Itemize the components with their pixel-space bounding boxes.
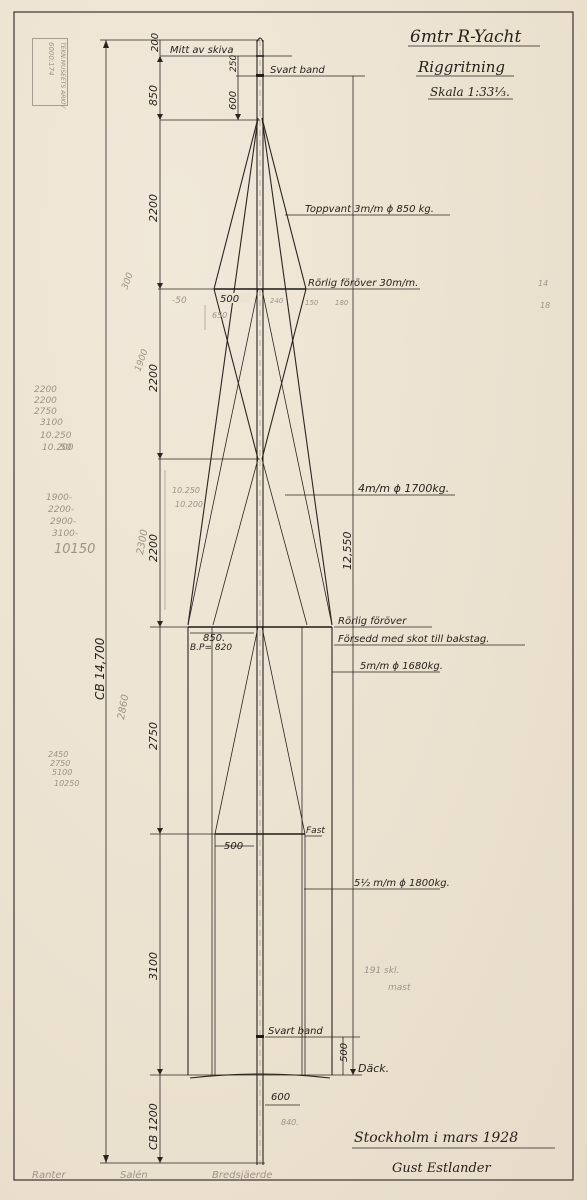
svg-text:1900-: 1900-	[46, 493, 72, 503]
drawing-subtitle: Riggritning	[417, 58, 505, 76]
label-dack: Däck.	[358, 1062, 389, 1075]
label-svart-band-top: Svart band	[270, 65, 325, 76]
svg-text:2750: 2750	[50, 759, 70, 768]
svg-text:10150: 10150	[54, 542, 95, 557]
svg-text:2200: 2200	[34, 396, 57, 406]
svg-text:2900-: 2900-	[50, 517, 76, 527]
svg-text:3100-: 3100-	[52, 529, 78, 539]
drawing-title: 6mtr R-Yacht	[410, 27, 521, 47]
svg-text:B.P= 820: B.P= 820	[190, 643, 232, 653]
label-rorlig-forover-1: Rörlig föröver 30m/m.	[308, 278, 418, 289]
svg-text:CB 1200: CB 1200	[147, 1103, 160, 1150]
label-mitt-av-skiva: Mitt av skiva	[170, 45, 233, 56]
drawing-border	[14, 12, 573, 1180]
svg-text:2750: 2750	[147, 722, 160, 750]
rigging-drawing-sheet: TEKN.MUSEETS ARKIV 6000:174 6mtr R-Yacht…	[0, 0, 587, 1200]
svg-text:Ranter: Ranter	[32, 1170, 66, 1181]
svg-text:Bredsjäerde: Bredsjäerde	[212, 1170, 272, 1181]
black-band-top	[256, 74, 264, 77]
svg-text:50: 50	[60, 443, 72, 453]
rigging-annotations: Toppvant 3m/m ϕ 850 kg. Rörlig föröver 3…	[268, 204, 525, 1075]
svg-text:850: 850	[147, 85, 160, 106]
svg-text:840.: 840.	[281, 1118, 299, 1127]
rig-diagram: TEKN.MUSEETS ARKIV 6000:174 6mtr R-Yacht…	[0, 0, 587, 1200]
label-svart-band-bottom: Svart band	[268, 1026, 323, 1037]
svg-text:2200: 2200	[147, 194, 160, 222]
svg-text:200: 200	[150, 33, 161, 52]
svg-text:10.250: 10.250	[172, 486, 200, 495]
svg-text:10.200: 10.200	[175, 500, 203, 509]
label-fast: Fast	[306, 826, 325, 836]
svg-text:CB 14,700: CB 14,700	[93, 637, 107, 700]
svg-text:600: 600	[228, 91, 239, 110]
svg-text:500: 500	[220, 294, 239, 305]
svg-text:650: 650	[212, 311, 227, 320]
svg-text:2200-: 2200-	[48, 505, 74, 515]
left-dimension-chain: 200 850 2200 2200 2200 2750 3100 CB 1200…	[93, 33, 163, 1163]
svg-text:12,550: 12,550	[341, 532, 354, 571]
stamp-text: TEKN.MUSEETS ARKIV 6000:174	[47, 42, 66, 109]
svg-text:TEKN.MUSEETS ARKIV: TEKN.MUSEETS ARKIV	[59, 42, 66, 109]
svg-text:150: 150	[305, 299, 319, 307]
svg-text:14: 14	[538, 279, 548, 288]
title-block: 6mtr R-Yacht Riggritning Skala 1:33⅓.	[408, 27, 540, 99]
svg-text:300: 300	[120, 271, 135, 291]
svg-text:500: 500	[224, 841, 243, 852]
svg-text:2200: 2200	[34, 385, 57, 395]
svg-text:18: 18	[540, 301, 550, 310]
svg-text:2750: 2750	[34, 407, 57, 417]
svg-text:-50: -50	[172, 296, 187, 306]
black-band-bottom	[256, 1035, 264, 1038]
svg-text:2450: 2450	[48, 750, 68, 759]
svg-text:Salén: Salén	[120, 1169, 148, 1181]
svg-text:500: 500	[339, 1043, 350, 1062]
signature: Gust Estlander	[392, 1161, 491, 1176]
svg-text:240: 240	[270, 297, 284, 305]
svg-text:10.250: 10.250	[40, 431, 72, 441]
svg-text:3100: 3100	[40, 418, 63, 428]
svg-text:5100: 5100	[52, 768, 72, 777]
pencil-notes: 2200 2200 2750 3100 10.250 10.200 50 190…	[32, 271, 550, 1181]
svg-text:600: 600	[271, 1092, 290, 1103]
label-forsedd: Försedd med skot till bakstag.	[338, 634, 489, 645]
svg-text:3100: 3100	[147, 952, 160, 980]
svg-text:6000:174: 6000:174	[47, 42, 55, 76]
label-wire-5mm: 5m/m ϕ 1680kg.	[360, 661, 443, 672]
svg-text:180: 180	[335, 299, 349, 307]
svg-text:2860: 2860	[116, 694, 131, 721]
svg-text:10250: 10250	[54, 779, 79, 788]
spreader-dims: 500 850. B.P= 820 500 600	[190, 293, 300, 1105]
svg-text:191 skl.: 191 skl.	[364, 966, 399, 976]
drawing-scale: Skala 1:33⅓.	[430, 85, 510, 99]
svg-text:250: 250	[229, 55, 239, 72]
label-wire-5half: 5½ m/m ϕ 1800kg.	[354, 877, 450, 889]
svg-text:mast: mast	[388, 983, 411, 993]
place-date: Stockholm i mars 1928	[354, 1130, 518, 1146]
label-rorlig-forover-2: Rörlig föröver	[338, 616, 407, 627]
label-toppvant: Toppvant 3m/m ϕ 850 kg.	[305, 204, 434, 215]
footer-block: Stockholm i mars 1928 Gust Estlander	[352, 1130, 555, 1176]
svg-text:2200: 2200	[147, 364, 160, 392]
label-wire-4mm: 4m/m ϕ 1700kg.	[358, 482, 449, 495]
mast	[256, 38, 264, 1165]
right-dimension: 12,550 500	[339, 76, 356, 1075]
